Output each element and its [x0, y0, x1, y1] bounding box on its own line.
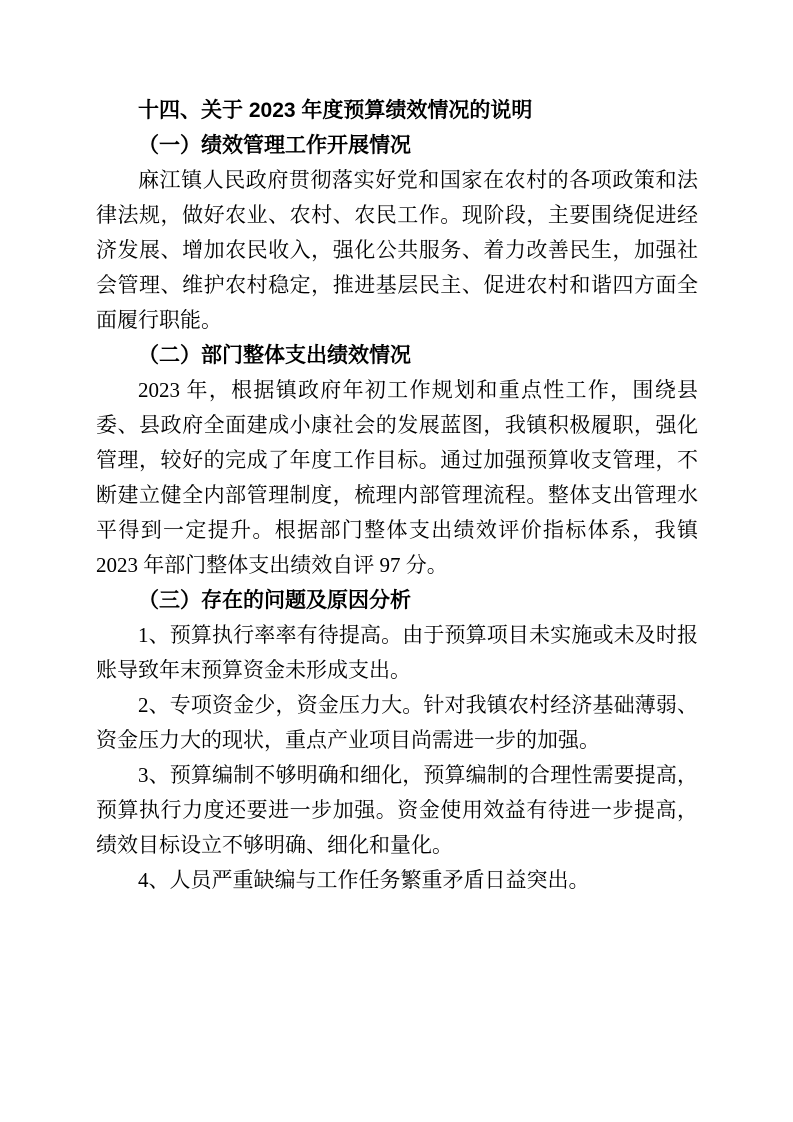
section-3-paragraph-4: 4、人员严重缺编与工作任务繁重矛盾日益突出。: [96, 863, 698, 898]
section-3-paragraph-1: 1、预算执行率率有待提高。由于预算项目未实施或未及时报账导致年末预算资金未形成支…: [96, 618, 698, 688]
section-2-heading: （二）部门整体支出绩效情况: [96, 338, 698, 373]
section-1-heading: （一）绩效管理工作开展情况: [96, 128, 698, 163]
section-3-paragraph-3: 3、预算编制不够明确和细化，预算编制的合理性需要提高，预算执行力度还要进一步加强…: [96, 758, 698, 863]
section-3-heading: （三）存在的问题及原因分析: [96, 583, 698, 618]
document-page: 十四、关于 2023 年度预算绩效情况的说明 （一）绩效管理工作开展情况 麻江镇…: [0, 0, 793, 1122]
section-3-paragraph-2: 2、专项资金少，资金压力大。针对我镇农村经济基础薄弱、资金压力大的现状，重点产业…: [96, 688, 698, 758]
document-title: 十四、关于 2023 年度预算绩效情况的说明: [96, 93, 698, 128]
section-1-paragraph-1: 麻江镇人民政府贯彻落实好党和国家在农村的各项政策和法律法规，做好农业、农村、农民…: [96, 163, 698, 338]
section-2-paragraph-1: 2023 年，根据镇政府年初工作规划和重点性工作，围绕县委、县政府全面建成小康社…: [96, 373, 698, 583]
document-content: 十四、关于 2023 年度预算绩效情况的说明 （一）绩效管理工作开展情况 麻江镇…: [96, 93, 698, 898]
